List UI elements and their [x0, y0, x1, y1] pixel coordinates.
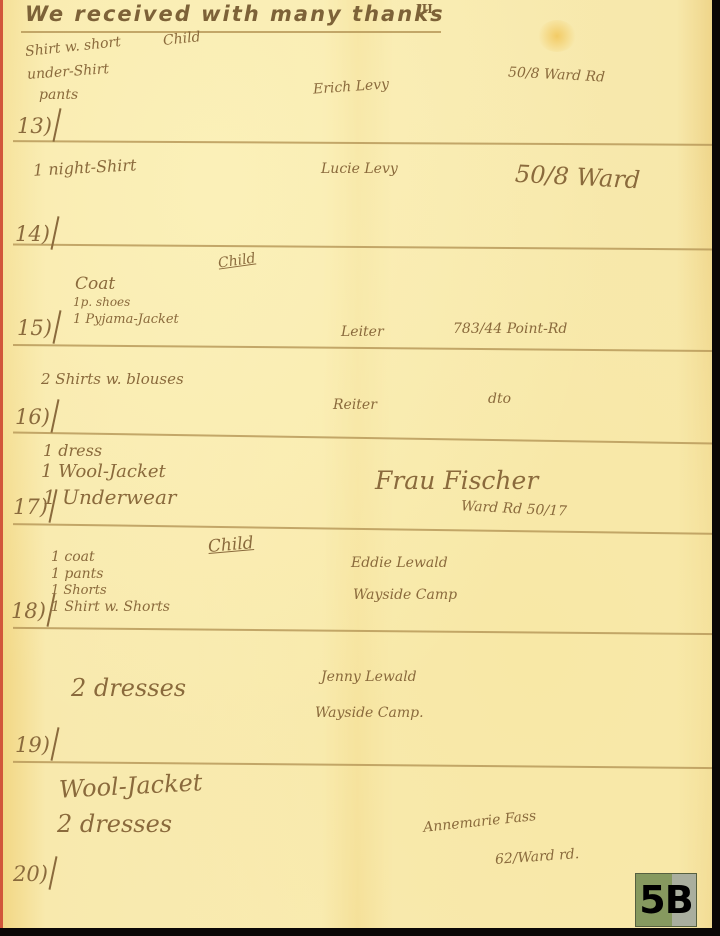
entry-number: 18)	[11, 599, 46, 623]
item: pants	[39, 88, 78, 102]
recipient-name: Lucie Levy	[321, 162, 398, 176]
item: 1p. shoes	[73, 296, 130, 308]
recipient-name: Frau Fischer	[375, 468, 538, 493]
recipient-address: 50/8 Ward	[514, 162, 640, 193]
recipient-address: 783/44 Point-Rd	[453, 322, 567, 336]
item: 1 Shorts	[51, 584, 107, 597]
recipient-address: Wayside Camp	[353, 588, 457, 602]
recipient-name: Leiter	[341, 325, 384, 339]
item: 1 pants	[51, 567, 104, 581]
handwritten-donation-list-page: We received with many thanks III Shirt w…	[0, 0, 712, 928]
item: 1 Wool-Jacket	[41, 463, 166, 481]
item: 2 dresses	[71, 676, 186, 700]
recipient-address: 50/8 Ward Rd	[508, 65, 606, 84]
item: Coat	[75, 276, 115, 293]
item: 1 Shirt w. Shorts	[51, 600, 170, 614]
recipient-address: Wayside Camp.	[315, 706, 424, 720]
paper-stain	[538, 20, 576, 52]
recipient-name: Annemarie Fass	[423, 809, 537, 835]
item: Wool-Jacket	[58, 770, 203, 801]
entry-number: 13)	[17, 114, 52, 138]
item: 1 dress	[43, 443, 102, 459]
scan-border	[0, 928, 720, 936]
row-divider	[13, 523, 718, 535]
item: 1 Underwear	[43, 487, 176, 507]
entry-number: 19)	[15, 733, 50, 757]
header-underline	[21, 31, 441, 33]
entry-number: 14)	[15, 222, 50, 246]
entry-number: 16)	[15, 405, 50, 429]
row-divider	[13, 244, 713, 251]
list-header: We received with many thanks	[25, 2, 445, 26]
item: Shirt w. short	[25, 35, 122, 59]
item: 1 coat	[51, 550, 95, 564]
recipient-address: Ward Rd 50/17	[461, 499, 568, 519]
item: 2 dresses	[57, 812, 172, 836]
child-note: Child	[207, 535, 254, 556]
entry-number: 15)	[17, 316, 52, 340]
row-divider	[13, 432, 713, 445]
recipient-name: Eddie Lewald	[351, 556, 448, 570]
entry-number: 17)	[13, 495, 48, 519]
recipient-address: dto	[488, 392, 511, 406]
child-note: Child	[217, 251, 256, 270]
row-divider	[13, 627, 718, 635]
item: 1 night-Shirt	[33, 157, 137, 178]
page-tag: 5B	[635, 873, 697, 927]
item: 1 Pyjama-Jacket	[73, 313, 179, 326]
recipient-name: Jenny Lewald	[321, 670, 417, 684]
row-divider	[13, 140, 713, 146]
row-divider	[13, 761, 718, 769]
recipient-name: Reiter	[333, 398, 377, 412]
row-divider	[13, 344, 713, 352]
child-note: Child	[162, 30, 201, 48]
page-tag-label: 5B	[636, 874, 696, 926]
recipient-address: 62/Ward rd.	[495, 847, 580, 867]
item: 2 Shirts w. blouses	[41, 372, 184, 387]
recipient-name: Erich Levy	[313, 77, 390, 96]
item: under-Shirt	[27, 62, 110, 82]
header-mark: III	[416, 2, 433, 16]
entry-number: 20)	[13, 862, 48, 886]
